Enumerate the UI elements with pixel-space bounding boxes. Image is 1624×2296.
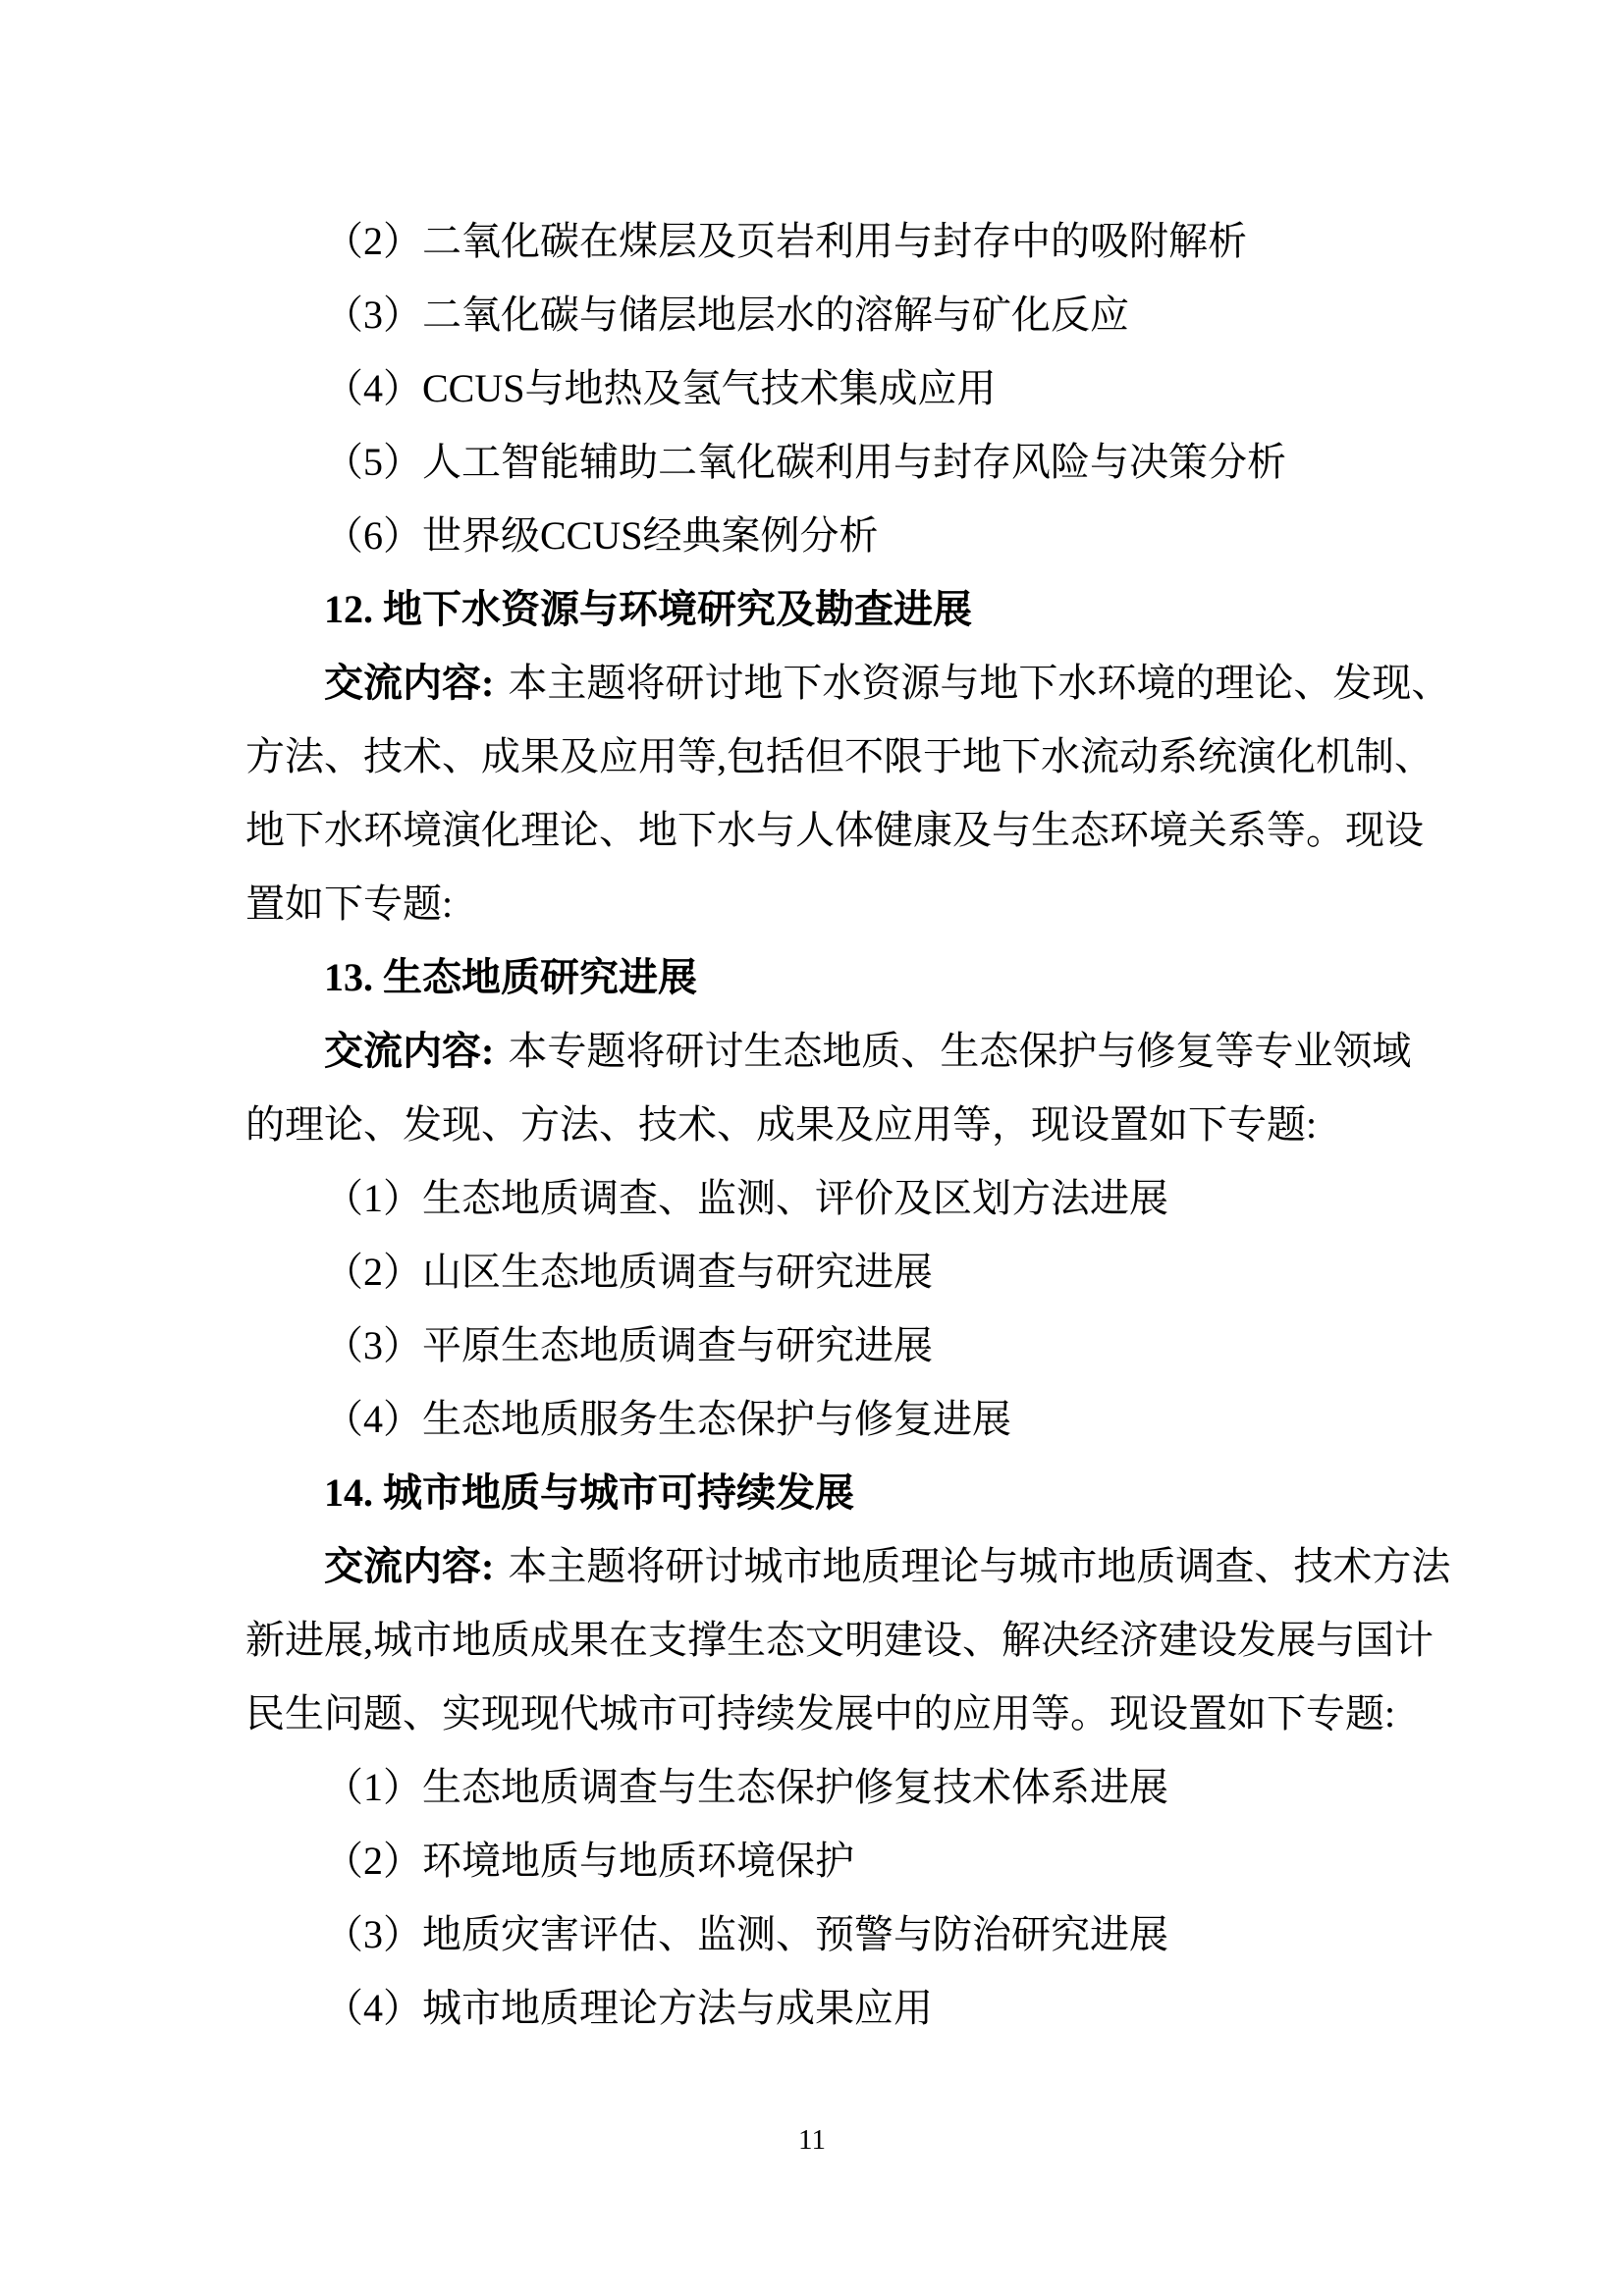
section-14-paragraph-line-3: 民生问题、实现现代城市可持续发展中的应用等。现设置如下专题: [245,1677,1379,1750]
section-12-exchange-label: 交流内容: [324,661,494,705]
section-14-heading: 14. 城市地质与城市可持续发展 [245,1456,1379,1529]
section-14-paragraph-line-1: 交流内容:本主题将研讨城市地质理论与城市地质调查、技术方法 [245,1529,1379,1603]
section-12-paragraph-line-4: 置如下专题: [245,867,1379,940]
section-14-item-3: （3）地质灾害评估、监测、预警与防治研究进展 [245,1897,1379,1971]
section-13-exchange-label: 交流内容: [324,1029,494,1073]
section-12-heading: 12. 地下水资源与环境研究及勘查进展 [245,572,1379,646]
section-14-exchange-label: 交流内容: [324,1544,494,1588]
section-14-item-1: （1）生态地质调查与生态保护修复技术体系进展 [245,1750,1379,1824]
section-12-paragraph-text-1: 本主题将研讨地下水资源与地下水环境的理论、发现、 [508,661,1450,705]
section-14-paragraph-text-1: 本主题将研讨城市地质理论与城市地质调查、技术方法 [508,1544,1450,1588]
document-page: （2）二氧化碳在煤层及页岩利用与封存中的吸附解析 （3）二氧化碳与储层地层水的溶… [0,0,1624,2296]
section-14-item-4: （4）城市地质理论方法与成果应用 [245,1971,1379,2045]
section-13-paragraph-text-1: 本专题将研讨生态地质、生态保护与修复等专业领域 [508,1029,1411,1073]
document-content: （2）二氧化碳在煤层及页岩利用与封存中的吸附解析 （3）二氧化碳与储层地层水的溶… [245,204,1379,2045]
section-13-paragraph-line-2: 的理论、发现、方法、技术、成果及应用等，现设置如下专题: [245,1088,1379,1161]
section-12-paragraph-line-2: 方法、技术、成果及应用等,包括但不限于地下水流动系统演化机制、 [245,720,1379,793]
section-13-item-3: （3）平原生态地质调查与研究进展 [245,1308,1379,1382]
ccus-item-5: （5）人工智能辅助二氧化碳利用与封存风险与决策分析 [245,425,1379,499]
section-14-item-2: （2）环境地质与地质环境保护 [245,1824,1379,1897]
ccus-item-6: （6）世界级CCUS经典案例分析 [245,499,1379,572]
ccus-item-2: （2）二氧化碳在煤层及页岩利用与封存中的吸附解析 [245,204,1379,278]
ccus-item-3: （3）二氧化碳与储层地层水的溶解与矿化反应 [245,278,1379,351]
section-13-heading: 13. 生态地质研究进展 [245,940,1379,1014]
page-number: 11 [0,2123,1624,2157]
section-13-item-2: （2）山区生态地质调查与研究进展 [245,1235,1379,1308]
section-14-paragraph-line-2: 新进展,城市地质成果在支撑生态文明建设、解决经济建设发展与国计 [245,1603,1379,1677]
section-12-paragraph-line-1: 交流内容:本主题将研讨地下水资源与地下水环境的理论、发现、 [245,646,1379,720]
section-13-paragraph-line-1: 交流内容:本专题将研讨生态地质、生态保护与修复等专业领域 [245,1014,1379,1088]
section-13-item-4: （4）生态地质服务生态保护与修复进展 [245,1382,1379,1456]
ccus-item-4: （4）CCUS与地热及氢气技术集成应用 [245,351,1379,425]
section-12-paragraph-line-3: 地下水环境演化理论、地下水与人体健康及与生态环境关系等。现设 [245,793,1379,867]
section-13-item-1: （1）生态地质调查、监测、评价及区划方法进展 [245,1161,1379,1235]
